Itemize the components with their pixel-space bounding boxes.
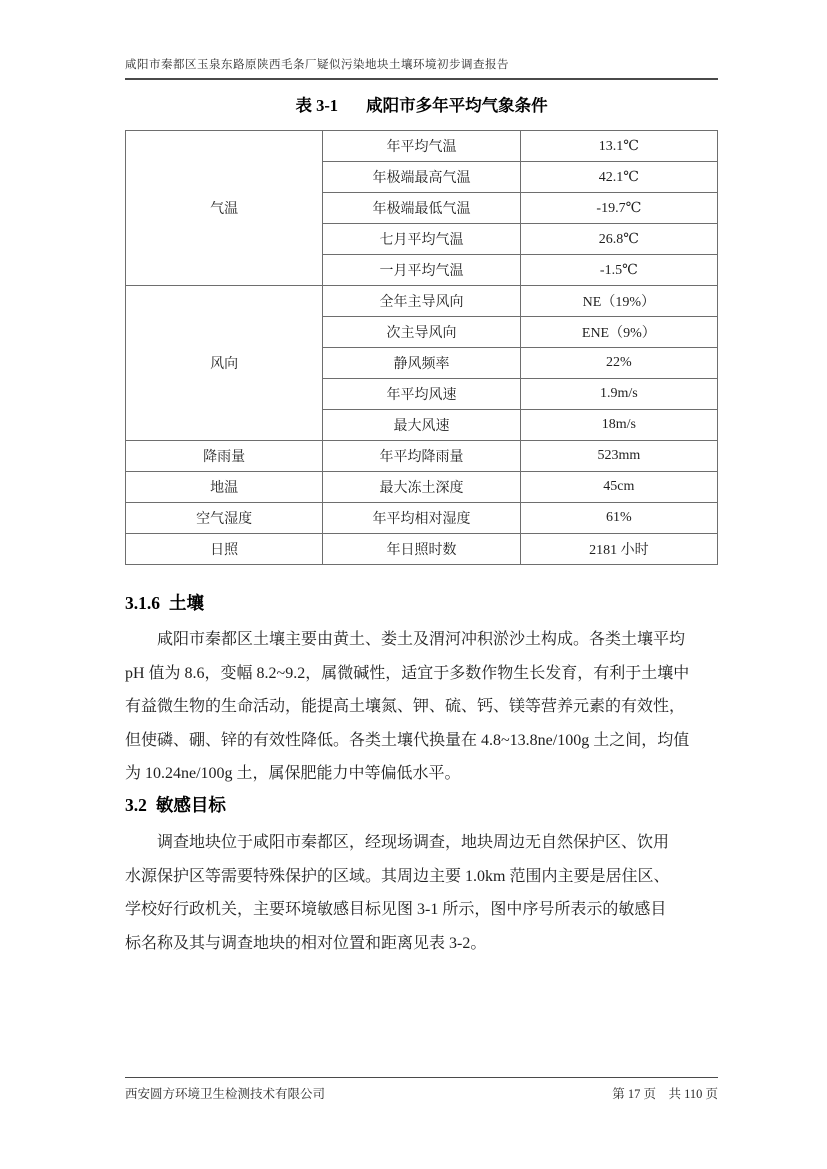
table-cell-value: ENE（9%） [520,317,717,348]
table-cell-item: 最大冻土深度 [323,472,520,503]
table-caption-title: 咸阳市多年平均气象条件 [366,96,548,115]
table-cell-value: 523mm [520,441,717,472]
table-cell-category: 气温 [126,131,323,286]
table-row: 风向 全年主导风向 NE（19%） [126,286,718,317]
table-cell-value: 26.8℃ [520,224,717,255]
table-cell-item: 年极端最低气温 [323,193,520,224]
section-paragraph-sensitive-targets: 调查地块位于咸阳市秦都区，经现场调查，地块周边无自然保护区、饮用 水源保护区等需… [125,826,727,960]
footer-page-number: 第 17 页 共 110 页 [612,1084,718,1102]
table-cell-category: 日照 [126,534,323,565]
footer-rule [125,1077,718,1078]
table-cell-item: 年平均气温 [323,131,520,162]
header-rule [125,78,718,80]
section-title: 土壤 [169,593,204,613]
section-title: 敏感目标 [156,795,226,815]
table-caption: 表 3-1咸阳市多年平均气象条件 [125,92,718,116]
table-cell-item: 静风频率 [323,348,520,379]
table-cell-item: 次主导风向 [323,317,520,348]
table-row: 降雨量 年平均降雨量 523mm [126,441,718,472]
table-cell-value: 2181 小时 [520,534,717,565]
table-row: 地温 最大冻土深度 45cm [126,472,718,503]
table-cell-item: 年日照时数 [323,534,520,565]
table-caption-label: 表 3-1 [295,96,338,115]
table-cell-value: 13.1℃ [520,131,717,162]
table-cell-value: 18m/s [520,410,717,441]
table-cell-item: 年平均降雨量 [323,441,520,472]
section-number: 3.1.6 [125,593,160,613]
footer-company: 西安圆方环境卫生检测技术有限公司 [125,1084,325,1102]
document-page: 咸阳市秦都区玉泉东路原陕西毛条厂疑似污染地块土壤环境初步调查报告 表 3-1咸阳… [0,0,827,1169]
section-heading-sensitive-targets: 3.2敏感目标 [125,792,718,817]
table-cell-value: 22% [520,348,717,379]
section-paragraph-soil: 咸阳市秦都区土壤主要由黄土、娄土及渭河冲积淤沙土构成。各类土壤平均 pH 值为 … [125,623,727,791]
table-cell-item: 一月平均气温 [323,255,520,286]
table-cell-value: 1.9m/s [520,379,717,410]
weather-table: 气温 年平均气温 13.1℃ 年极端最高气温 42.1℃ 年极端最低气温 -19… [125,130,718,565]
table-cell-category: 风向 [126,286,323,441]
table-cell-item: 年平均相对湿度 [323,503,520,534]
page-footer: 西安圆方环境卫生检测技术有限公司 第 17 页 共 110 页 [125,1084,718,1102]
table-cell-category: 地温 [126,472,323,503]
table-row: 空气湿度 年平均相对湿度 61% [126,503,718,534]
table-cell-value: 45cm [520,472,717,503]
table-cell-item: 七月平均气温 [323,224,520,255]
table-cell-value: -1.5℃ [520,255,717,286]
table-row: 气温 年平均气温 13.1℃ [126,131,718,162]
table-cell-category: 空气湿度 [126,503,323,534]
table-cell-item: 全年主导风向 [323,286,520,317]
table-cell-value: 42.1℃ [520,162,717,193]
section-number: 3.2 [125,795,147,815]
page-header-title: 咸阳市秦都区玉泉东路原陕西毛条厂疑似污染地块土壤环境初步调查报告 [125,56,717,72]
table-row: 日照 年日照时数 2181 小时 [126,534,718,565]
section-heading-soil: 3.1.6土壤 [125,590,718,615]
table-cell-value: 61% [520,503,717,534]
table-cell-value: NE（19%） [520,286,717,317]
table-cell-item: 年平均风速 [323,379,520,410]
table-cell-category: 降雨量 [126,441,323,472]
table-cell-item: 年极端最高气温 [323,162,520,193]
table-cell-value: -19.7℃ [520,193,717,224]
table-cell-item: 最大风速 [323,410,520,441]
